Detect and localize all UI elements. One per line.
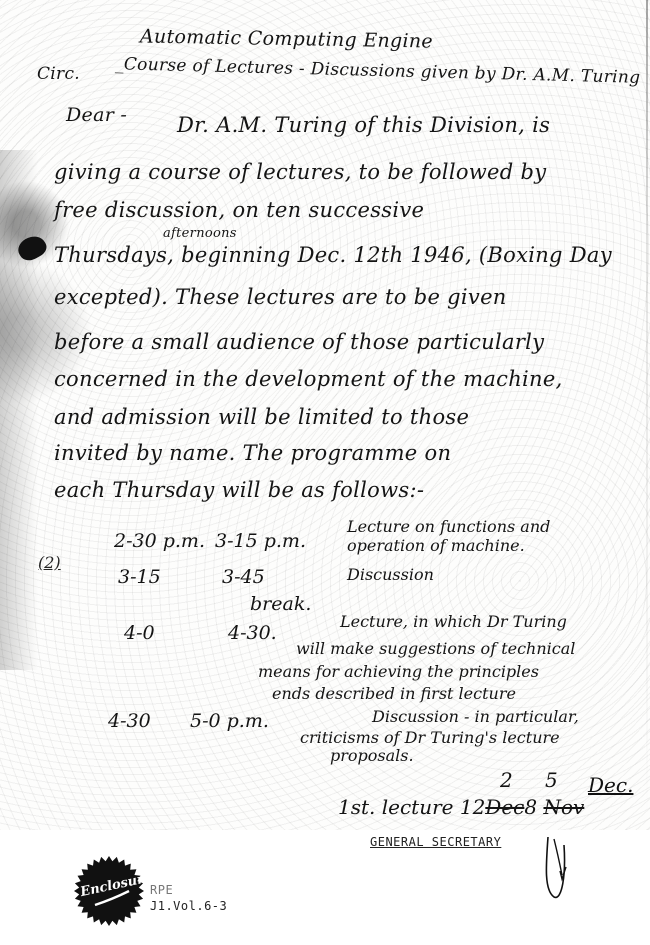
reference-line: RPE — [150, 883, 173, 897]
memo-heading: Automatic Computing Engine — [140, 25, 433, 52]
body-line: each Thursday will be as follows:- — [54, 478, 424, 502]
slot-activity: Discussion — [347, 566, 434, 584]
body-line: invited by name. The programme on — [54, 441, 451, 465]
slot-activity: operation of machine. — [347, 537, 525, 555]
body-line: Thursdays, beginning Dec. 12th 1946, (Bo… — [54, 243, 612, 267]
slot-end: 4-30. — [228, 622, 277, 644]
break-label: break. — [250, 593, 311, 615]
margin-note: (2) — [38, 553, 61, 572]
slot-activity: Lecture, in which Dr Turing — [340, 613, 567, 631]
slot-end: 5-0 p.m. — [190, 710, 269, 732]
body-line: concerned in the development of the mach… — [54, 367, 563, 391]
body-line: excepted). These lectures are to be give… — [54, 285, 507, 309]
scan-edge — [646, 0, 648, 820]
first-lecture-text: 1st. lecture 12 — [338, 795, 485, 819]
struck-year: Nov — [543, 795, 584, 819]
slot-activity: proposals. — [330, 747, 414, 765]
slot-activity: will make suggestions of technical — [296, 640, 575, 658]
correction-eight: 8 — [524, 795, 537, 819]
correction-month: Dec. — [588, 773, 633, 797]
slot-start: 2-30 p.m. — [114, 530, 205, 552]
memo-subject: _Course of Lectures - Discussions given … — [115, 54, 641, 88]
slot-start: 3-15 — [118, 566, 161, 588]
body-line: Dr. A.M. Turing of this Division, is — [177, 113, 550, 137]
slot-start: 4-30 — [108, 710, 151, 732]
circulation-mark: Circ. — [37, 64, 80, 84]
inserted-word: afternoons — [163, 226, 237, 241]
salutation: Dear - — [66, 104, 127, 126]
body-line: giving a course of lectures, to be follo… — [54, 160, 546, 184]
slot-start: 4-0 — [124, 622, 155, 644]
slot-activity: criticisms of Dr Turing's lecture — [300, 729, 560, 747]
slot-activity: Lecture on functions and — [347, 518, 550, 536]
scanned-memo-page: Automatic Computing Engine Circ. _Course… — [0, 0, 650, 945]
slot-activity: means for achieving the principles — [258, 663, 539, 681]
signature-initials-icon — [540, 835, 580, 905]
correction-digit: 5 — [545, 768, 558, 792]
body-line: and admission will be limited to those — [54, 405, 469, 429]
slot-end: 3-45 — [222, 566, 265, 588]
slot-activity: ends described in first lecture — [272, 685, 516, 703]
struck-month: Dec — [485, 795, 524, 819]
reference-line: J1.Vol.6-3 — [150, 899, 227, 913]
slot-end: 3-15 p.m. — [215, 530, 306, 552]
body-line: before a small audience of those particu… — [54, 330, 544, 354]
margin-smudge — [0, 150, 38, 670]
correction-digit: 2 — [500, 768, 513, 792]
body-line: free discussion, on ten successive — [54, 198, 424, 222]
first-lecture-note: 1st. lecture 12Dec8 Nov — [338, 795, 584, 819]
signatory: GENERAL SECRETARY — [370, 835, 501, 849]
slot-activity: Discussion - in particular, — [372, 708, 579, 726]
